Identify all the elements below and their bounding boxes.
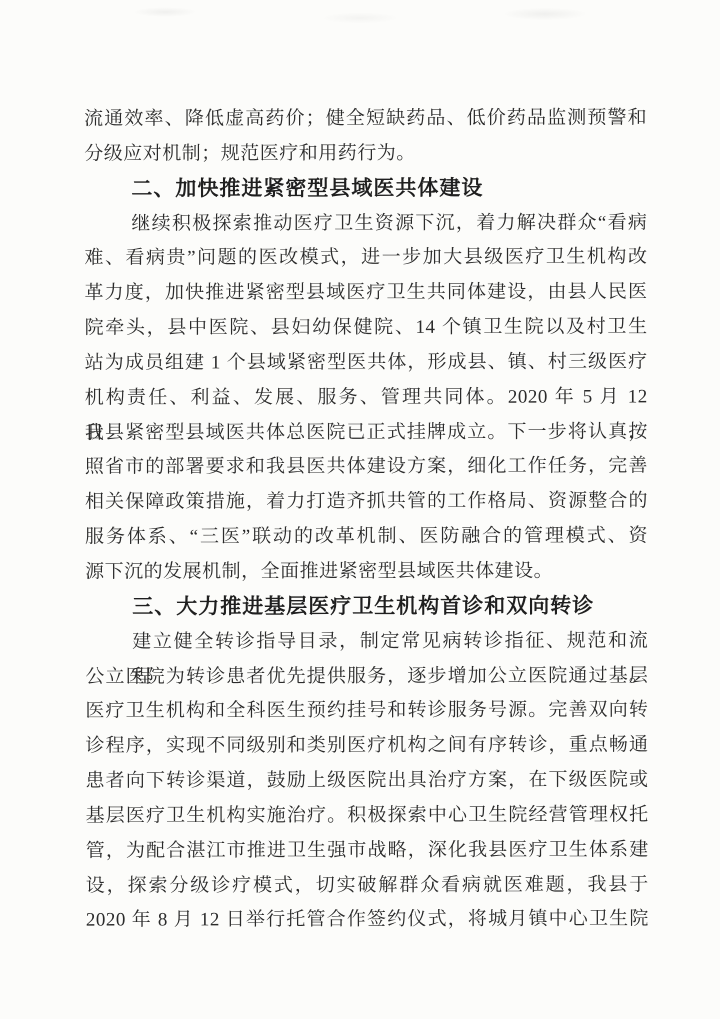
text-line: 我县紧密型县域医共体总医院已正式挂牌成立。下一步将认真按 xyxy=(85,415,648,451)
text-line: 管，为配合湛江市推进卫生强市战略，深化我县医疗卫生体系建 xyxy=(86,833,649,869)
text-line: 难、看病贵”问题的医改模式，进一步加大县级医疗卫生机构改 xyxy=(84,241,647,277)
text-line: 相关保障政策措施，着力打造齐抓共管的工作格局、资源整合的 xyxy=(85,485,648,521)
text-line: 革力度，加快推进紧密型县域医疗卫生共同体建设，由县人民医 xyxy=(84,276,647,312)
text-line: 2020 年 8 月 12 日举行托管合作签约仪式，将城月镇中心卫生院 xyxy=(86,903,649,939)
text-line: 流通效率、降低虚高药价；健全短缺药品、低价药品监测预警和 xyxy=(84,101,647,137)
text-line: 患者向下转诊渠道，鼓励上级医院出具治疗方案，在下级医院或 xyxy=(86,763,649,799)
text-line: 院牵头，县中医院、县妇幼保健院、14 个镇卫生院以及村卫生 xyxy=(85,310,648,346)
text-line: 设，探索分级诊疗模式，切实破解群众看病就医难题，我县于 xyxy=(86,868,649,904)
text-line: 诊程序，实现不同级别和类别医疗机构之间有序转诊，重点畅通 xyxy=(85,729,648,765)
text-line: 服务体系、“三医”联动的改革机制、医防融合的管理模式、资 xyxy=(85,520,648,556)
text-line: 建立健全转诊指导目录，制定常见病转诊指征、规范和流程。 xyxy=(85,624,648,660)
document-page: 流通效率、降低虚高药价；健全短缺药品、低价药品监测预警和分级应对机制；规范医疗和… xyxy=(0,0,720,1019)
text-line: 医疗卫生机构和全科医生预约挂号和转诊服务号源。完善双向转 xyxy=(85,694,648,730)
text-line: 继续积极探索推动医疗卫生资源下沉，着力解决群众“看病 xyxy=(84,206,647,242)
text-line: 照省市的部署要求和我县医共体建设方案，细化工作任务，完善 xyxy=(85,450,648,486)
text-line: 基层医疗卫生机构实施治疗。积极探索中心卫生院经营管理权托 xyxy=(86,798,649,834)
text-line: 机构责任、利益、发展、服务、管理共同体。2020 年 5 月 12 日， xyxy=(85,380,648,416)
text-line: 公立医院为转诊患者优先提供服务，逐步增加公立医院通过基层 xyxy=(85,659,648,695)
text-line: 分级应对机制；规范医疗和用药行为。 xyxy=(84,136,647,172)
section-heading: 三、大力推进基层医疗卫生机构首诊和双向转诊 xyxy=(85,589,648,625)
section-heading: 二、加快推进紧密型县域医共体建设 xyxy=(84,171,647,207)
text-line: 站为成员组建 1 个县域紧密型医共体，形成县、镇、村三级医疗 xyxy=(85,345,648,381)
document-body: 流通效率、降低虚高药价；健全短缺药品、低价药品监测预警和分级应对机制；规范医疗和… xyxy=(84,101,649,938)
text-line: 源下沉的发展机制，全面推进紧密型县域医共体建设。 xyxy=(85,554,648,590)
